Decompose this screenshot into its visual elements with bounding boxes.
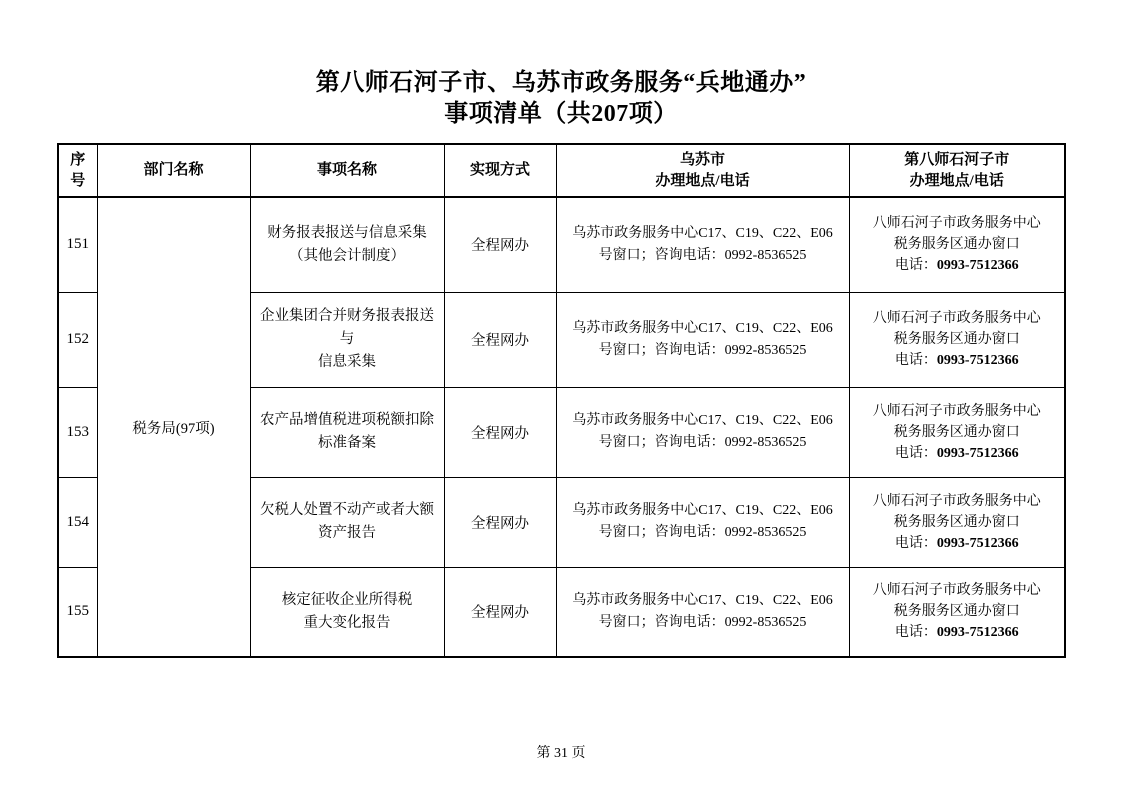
document-title-line1: 第八师石河子市、乌苏市政务服务“兵地通办” [0,68,1122,99]
wusu-line: 乌苏市政务服务中心C17、C19、C22、E06 [561,590,845,612]
item-line: 财务报表报送与信息采集 [255,222,440,245]
item-line: 企业集团合并财务报表报送与 [255,305,440,351]
wusu-location-cell: 乌苏市政务服务中心C17、C19、C22、E06 号窗口；咨询电话：0992-8… [556,197,849,292]
shihezi-phone-line: 电话：0993-7512366 [854,255,1061,276]
shihezi-location-cell: 八师石河子市政务服务中心 税务服务区通办窗口 电话：0993-7512366 [849,567,1065,657]
phone-label: 电话： [895,353,937,368]
shihezi-location-cell: 八师石河子市政务服务中心 税务服务区通办窗口 电话：0993-7512366 [849,387,1065,477]
header-shihezi: 第八师石河子市 办理地点/电话 [849,144,1065,197]
item-line: 资产报告 [255,522,440,545]
header-wusu-line2: 办理地点/电话 [561,171,845,192]
service-items-table: 序号 部门名称 事项名称 实现方式 乌苏市 办理地点/电话 第八师石河子市 办理… [57,143,1066,658]
phone-number: 0993-7512366 [937,353,1019,368]
shihezi-line: 税务服务区通办窗口 [854,601,1061,622]
method-cell: 全程网办 [444,292,556,387]
seq-cell: 155 [58,567,97,657]
shihezi-line: 八师石河子市政务服务中心 [854,491,1061,512]
header-wusu-line1: 乌苏市 [561,150,845,171]
header-shihezi-line1: 第八师石河子市 [854,150,1061,171]
item-line: （其他会计制度） [255,245,440,268]
item-line: 重大变化报告 [255,612,440,635]
wusu-line: 乌苏市政务服务中心C17、C19、C22、E06 [561,318,845,340]
wusu-line: 号窗口；咨询电话：0992-8536525 [561,522,845,544]
phone-number: 0993-7512366 [937,258,1019,273]
item-name-cell: 农产品增值税进项税额扣除 标准备案 [250,387,444,477]
phone-label: 电话： [895,625,937,640]
shihezi-line: 税务服务区通办窗口 [854,422,1061,443]
wusu-line: 号窗口；咨询电话：0992-8536525 [561,340,845,362]
header-seq: 序号 [58,144,97,197]
page-number: 第 31 页 [0,742,1122,762]
shihezi-line: 八师石河子市政务服务中心 [854,401,1061,422]
shihezi-phone-line: 电话：0993-7512366 [854,443,1061,464]
shihezi-line: 税务服务区通办窗口 [854,329,1061,350]
seq-cell: 152 [58,292,97,387]
wusu-line: 乌苏市政务服务中心C17、C19、C22、E06 [561,223,845,245]
wusu-line: 乌苏市政务服务中心C17、C19、C22、E06 [561,410,845,432]
phone-label: 电话： [895,258,937,273]
item-name-cell: 核定征收企业所得税 重大变化报告 [250,567,444,657]
wusu-location-cell: 乌苏市政务服务中心C17、C19、C22、E06 号窗口；咨询电话：0992-8… [556,477,849,567]
department-cell: 税务局(97项) [97,197,250,657]
item-name-cell: 企业集团合并财务报表报送与 信息采集 [250,292,444,387]
method-cell: 全程网办 [444,567,556,657]
shihezi-line: 八师石河子市政务服务中心 [854,308,1061,329]
item-name-cell: 财务报表报送与信息采集 （其他会计制度） [250,197,444,292]
shihezi-line: 税务服务区通办窗口 [854,234,1061,255]
shihezi-phone-line: 电话：0993-7512366 [854,622,1061,643]
shihezi-location-cell: 八师石河子市政务服务中心 税务服务区通办窗口 电话：0993-7512366 [849,477,1065,567]
wusu-line: 乌苏市政务服务中心C17、C19、C22、E06 [561,500,845,522]
wusu-location-cell: 乌苏市政务服务中心C17、C19、C22、E06 号窗口；咨询电话：0992-8… [556,387,849,477]
shihezi-line: 八师石河子市政务服务中心 [854,213,1061,234]
shihezi-phone-line: 电话：0993-7512366 [854,533,1061,554]
wusu-line: 号窗口；咨询电话：0992-8536525 [561,245,845,267]
seq-cell: 154 [58,477,97,567]
shihezi-line: 税务服务区通办窗口 [854,512,1061,533]
header-item: 事项名称 [250,144,444,197]
wusu-line: 号窗口；咨询电话：0992-8536525 [561,612,845,634]
seq-cell: 153 [58,387,97,477]
header-shihezi-line2: 办理地点/电话 [854,171,1061,192]
shihezi-location-cell: 八师石河子市政务服务中心 税务服务区通办窗口 电话：0993-7512366 [849,197,1065,292]
document-title: 第八师石河子市、乌苏市政务服务“兵地通办” 事项清单（共207项） [0,0,1122,130]
item-line: 核定征收企业所得税 [255,589,440,612]
phone-number: 0993-7512366 [937,446,1019,461]
wusu-location-cell: 乌苏市政务服务中心C17、C19、C22、E06 号窗口；咨询电话：0992-8… [556,567,849,657]
seq-cell: 151 [58,197,97,292]
method-cell: 全程网办 [444,197,556,292]
item-line: 欠税人处置不动产或者大额 [255,499,440,522]
document-title-line2: 事项清单（共207项） [0,99,1122,130]
phone-label: 电话： [895,536,937,551]
method-cell: 全程网办 [444,387,556,477]
phone-label: 电话： [895,446,937,461]
shihezi-line: 八师石河子市政务服务中心 [854,580,1061,601]
table-header-row: 序号 部门名称 事项名称 实现方式 乌苏市 办理地点/电话 第八师石河子市 办理… [58,144,1065,197]
header-method: 实现方式 [444,144,556,197]
header-wusu: 乌苏市 办理地点/电话 [556,144,849,197]
phone-number: 0993-7512366 [937,625,1019,640]
shihezi-phone-line: 电话：0993-7512366 [854,350,1061,371]
header-department: 部门名称 [97,144,250,197]
item-line: 标准备案 [255,432,440,455]
wusu-line: 号窗口；咨询电话：0992-8536525 [561,432,845,454]
method-cell: 全程网办 [444,477,556,567]
table-row-151: 151 税务局(97项) 财务报表报送与信息采集 （其他会计制度） 全程网办 乌… [58,197,1065,292]
document-page: 第八师石河子市、乌苏市政务服务“兵地通办” 事项清单（共207项） 序号 部门名… [0,0,1122,793]
wusu-location-cell: 乌苏市政务服务中心C17、C19、C22、E06 号窗口；咨询电话：0992-8… [556,292,849,387]
shihezi-location-cell: 八师石河子市政务服务中心 税务服务区通办窗口 电话：0993-7512366 [849,292,1065,387]
item-line: 信息采集 [255,351,440,374]
item-line: 农产品增值税进项税额扣除 [255,409,440,432]
phone-number: 0993-7512366 [937,536,1019,551]
item-name-cell: 欠税人处置不动产或者大额 资产报告 [250,477,444,567]
